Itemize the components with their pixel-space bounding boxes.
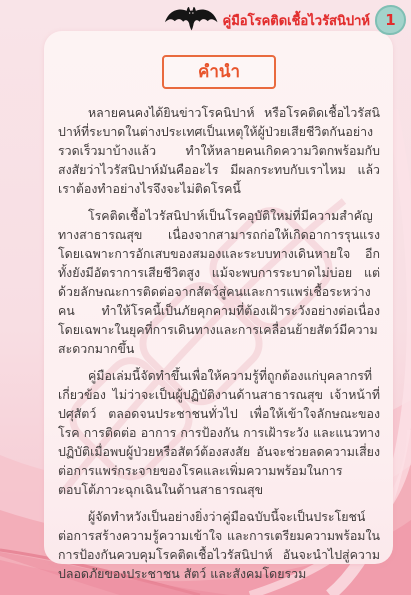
book-title: คู่มือโรคติดเชื้อไวรัสนิปาห์ (223, 10, 370, 31)
preface-paragraph: คู่มือเล่มนี้จัดทำขึ้นเพื่อให้ความรู้ที่… (58, 366, 380, 499)
section-title: คำนำ (198, 62, 240, 82)
preface-paragraph: หลายคนคงได้ยินข่าวโรคนิปาห์ หรือโรคติดเช… (58, 103, 380, 198)
page-number: 1 (385, 13, 395, 28)
page-background: คำนำ หลายคนคงได้ยินข่าวโรคนิปาห์ หรือโรค… (0, 0, 411, 595)
content-card: คำนำ หลายคนคงได้ยินข่าวโรคนิปาห์ หรือโรค… (44, 31, 393, 564)
header-bar: คู่มือโรคติดเชื้อไวรัสนิปาห์ 1 (164, 2, 406, 38)
page-number-badge: 1 (375, 5, 406, 35)
card-inner: คำนำ หลายคนคงได้ยินข่าวโรคนิปาห์ หรือโรค… (44, 31, 393, 564)
bat-icon (164, 2, 218, 36)
preface-body: หลายคนคงได้ยินข่าวโรคนิปาห์ หรือโรคติดเช… (58, 103, 380, 583)
preface-paragraph: โรคติดเชื้อไวรัสนิปาห์เป็นโรคอุบัติใหม่ท… (58, 206, 380, 358)
preface-paragraph: ผู้จัดทำหวังเป็นอย่างยิ่งว่าคู่มือฉบับนี… (58, 507, 380, 583)
section-title-box: คำนำ (162, 55, 276, 89)
